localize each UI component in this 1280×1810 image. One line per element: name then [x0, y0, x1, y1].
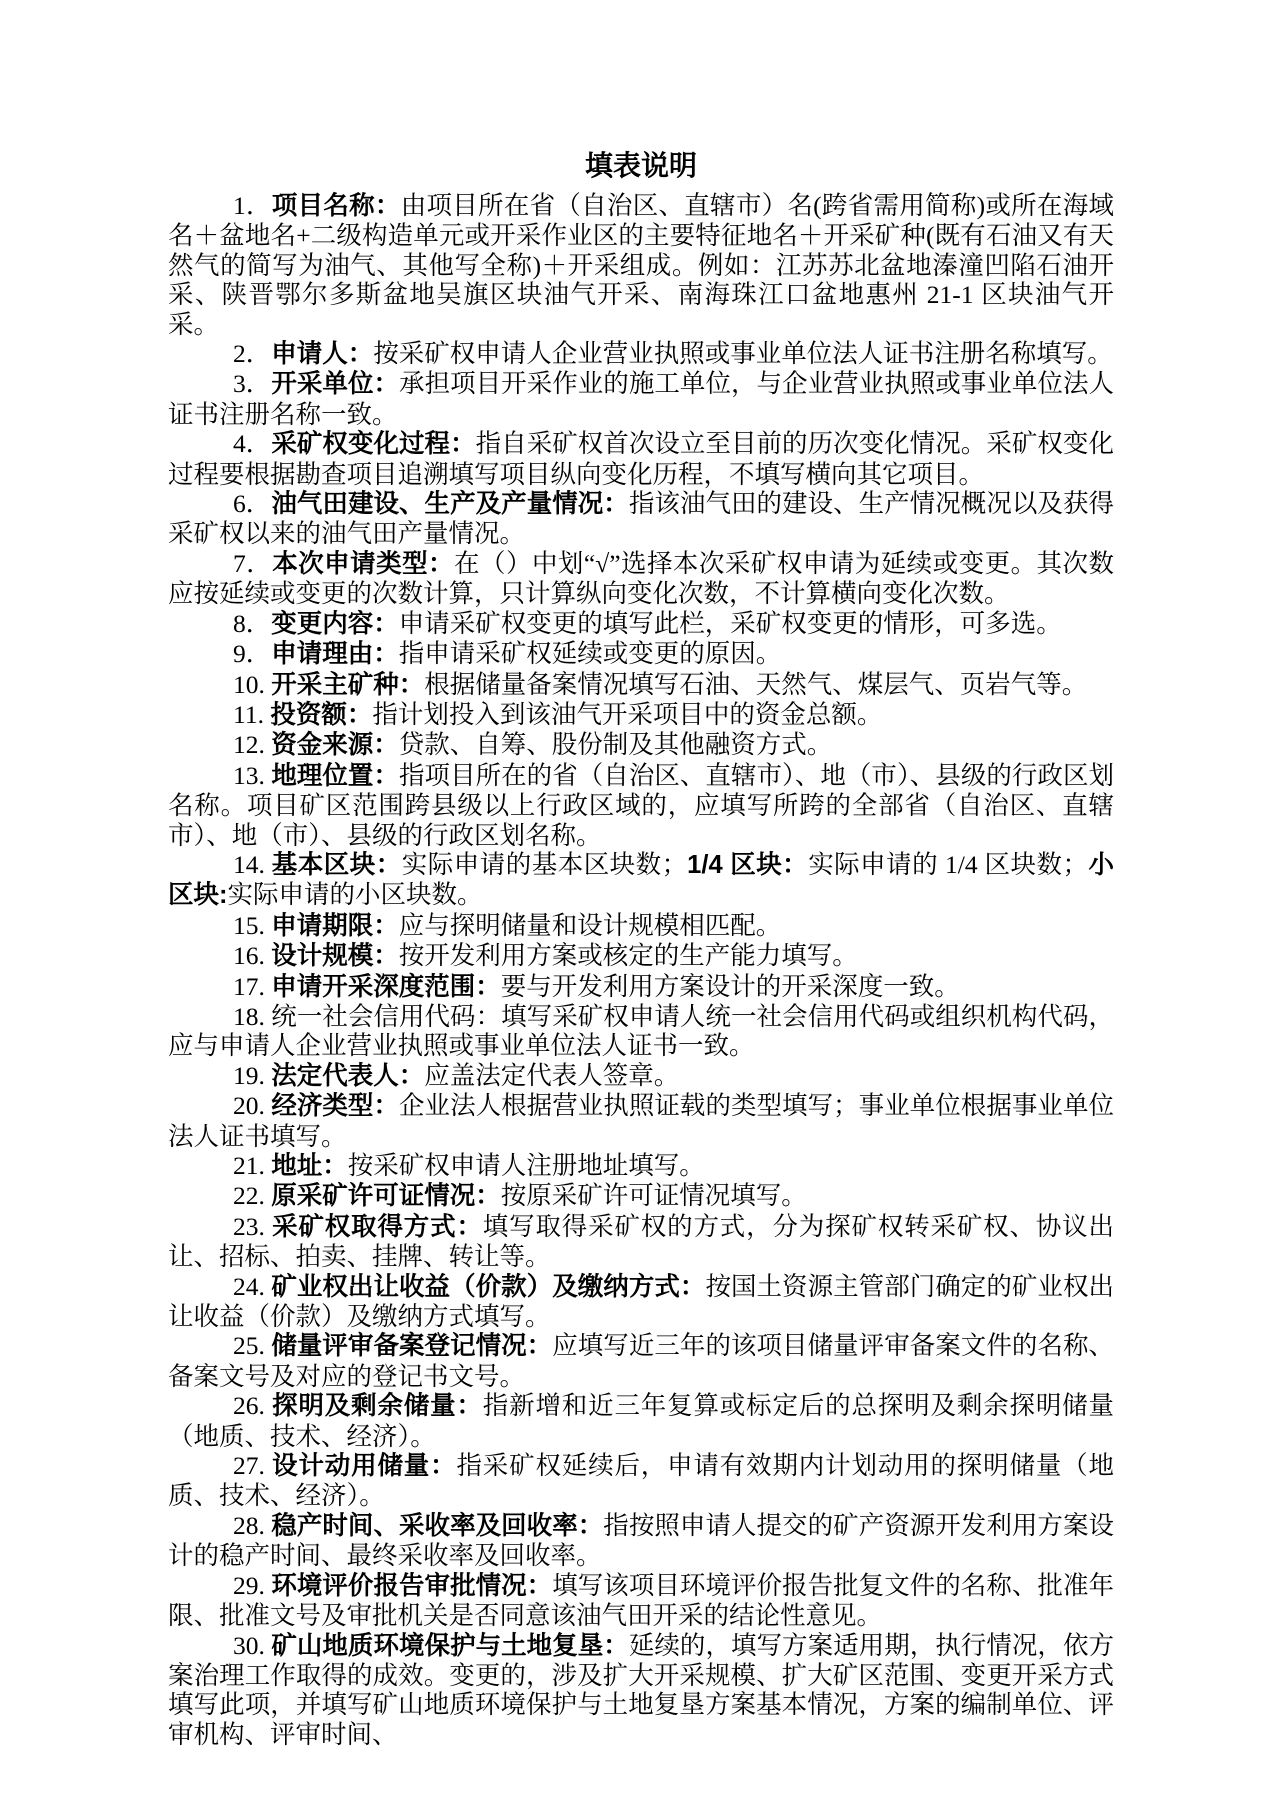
item-text: 按开发利用方案或核定的生产能力填写。 [399, 941, 858, 970]
item-label: 申请开采深度范围： [271, 973, 501, 1001]
item-text: 28. [233, 1511, 271, 1540]
item-label: 矿山地质环境保护与土地复垦： [271, 1632, 629, 1660]
item-text: 17. [233, 972, 271, 1001]
instruction-item-7: 8．变更内容：申请采矿权变更的填写此栏，采矿权变更的情形，可多选。 [168, 609, 1114, 639]
item-text: 18. 统一社会信用代码：填写采矿权申请人统一社会信用代码或组织机构代码，应与申… [168, 1002, 1114, 1060]
item-label: 地理位置： [271, 762, 399, 790]
instruction-item-23: 24. 矿业权出让收益（价款）及缴纳方式：按国土资源主管部门确定的矿业权出让收益… [168, 1272, 1114, 1332]
item-text: 应与探明储量和设计规模相匹配。 [399, 911, 782, 940]
item-text: 2． [233, 339, 271, 368]
instruction-item-4: 4．采矿权变化过程：指自采矿权首次设立至目前的历次变化情况。采矿权变化过程要根据… [168, 429, 1114, 489]
item-text: 1． [233, 191, 272, 220]
instruction-item-15: 16. 设计规模：按开发利用方案或核定的生产能力填写。 [168, 941, 1114, 971]
instruction-item-17: 18. 统一社会信用代码：填写采矿权申请人统一社会信用代码或组织机构代码，应与申… [168, 1002, 1114, 1061]
instruction-item-6: 7．本次申请类型：在（）中划“√”选择本次采矿权申请为延续或变更。其次数应按延续… [168, 549, 1114, 609]
item-label: 本次申请类型： [272, 550, 454, 578]
document-title: 填表说明 [168, 148, 1114, 184]
instruction-item-10: 11. 投资额：指计划投入到该油气开采项目中的资金总额。 [168, 700, 1114, 730]
item-text: 9． [233, 639, 271, 668]
item-label: 项目名称： [272, 192, 401, 220]
item-label: 采矿权取得方式： [272, 1213, 483, 1241]
instruction-item-26: 27. 设计动用储量：指采矿权延续后，申请有效期内计划动用的探明储量（地质、技术… [168, 1451, 1114, 1511]
item-text: 申请采矿权变更的填写此栏，采矿权变更的情形，可多选。 [399, 609, 1062, 638]
item-text: 按采矿权申请人企业营业执照或事业单位法人证书注册名称填写。 [373, 339, 1113, 368]
instruction-item-20: 21. 地址：按采矿权申请人注册地址填写。 [168, 1151, 1114, 1181]
item-text: 29. [233, 1571, 271, 1600]
instruction-item-11: 12. 资金来源：贷款、自筹、股份制及其他融资方式。 [168, 730, 1114, 760]
item-text: 按采矿权申请人注册地址填写。 [348, 1151, 705, 1180]
item-label: 采矿权变化过程： [271, 430, 475, 458]
item-label: 开采单位： [271, 370, 399, 398]
item-text: 30. [233, 1631, 271, 1660]
item-label: 环境评价报告审批情况： [271, 1572, 552, 1600]
item-text: 20. [233, 1091, 271, 1120]
item-text: 10. [233, 670, 271, 699]
instruction-item-9: 10. 开采主矿种：根据储量备案情况填写石油、天然气、煤层气、页岩气等。 [168, 670, 1114, 700]
item-label: 基本区块： [272, 851, 402, 879]
instructions-list: 1．项目名称：由项目所在省（自治区、直辖市）名(跨省需用简称)或所在海域名＋盆地… [168, 191, 1114, 1749]
instruction-item-3: 3．开采单位：承担项目开采作业的施工单位，与企业营业执照或事业单位法人证书注册名… [168, 369, 1114, 429]
instruction-item-1: 1．项目名称：由项目所在省（自治区、直辖市）名(跨省需用简称)或所在海域名＋盆地… [168, 191, 1114, 339]
item-text: 3． [233, 369, 271, 398]
instruction-item-8: 9．申请理由：指申请采矿权延续或变更的原因。 [168, 639, 1114, 669]
item-label: 稳产时间、采收率及回收率： [271, 1512, 603, 1540]
item-label: 开采主矿种： [271, 671, 424, 699]
item-text: 13. [233, 761, 271, 790]
item-label: 设计规模： [271, 942, 399, 970]
item-text: 21. [233, 1151, 271, 1180]
item-text: 24. [233, 1272, 271, 1301]
document-page: 填表说明 1．项目名称：由项目所在省（自治区、直辖市）名(跨省需用简称)或所在海… [0, 0, 1280, 1810]
instruction-item-24: 25. 储量评审备案登记情况：应填写近三年的该项目储量评审备案文件的名称、备案文… [168, 1331, 1114, 1391]
item-label: 储量评审备案登记情况： [271, 1332, 552, 1360]
item-text: 8． [233, 609, 271, 638]
item-text: 7． [233, 549, 272, 578]
item-label: 探明及剩余储量： [272, 1392, 483, 1420]
instruction-item-2: 2．申请人：按采矿权申请人企业营业执照或事业单位法人证书注册名称填写。 [168, 339, 1114, 369]
instruction-item-29: 30. 矿山地质环境保护与土地复垦：延续的，填写方案适用期，执行情况，依方案治理… [168, 1631, 1114, 1750]
instruction-item-5: 6．油气田建设、生产及产量情况：指该油气田的建设、生产情况概况以及获得采矿权以来… [168, 489, 1114, 549]
item-label: 投资额： [270, 701, 372, 729]
instruction-item-14: 15. 申请期限：应与探明储量和设计规模相匹配。 [168, 911, 1114, 941]
item-text: 要与开发利用方案设计的开采深度一致。 [501, 972, 960, 1001]
instruction-item-16: 17. 申请开采深度范围：要与开发利用方案设计的开采深度一致。 [168, 972, 1114, 1002]
item-label: 资金来源： [271, 731, 399, 759]
item-label: 设计动用储量： [272, 1452, 456, 1480]
item-text: 4． [233, 429, 271, 458]
instruction-item-22: 23. 采矿权取得方式：填写取得采矿权的方式，分为探矿权转采矿权、协议出让、招标… [168, 1212, 1114, 1272]
item-label: 油气田建设、生产及产量情况： [271, 490, 629, 518]
item-text: 15. [233, 911, 271, 940]
item-text: 指申请采矿权延续或变更的原因。 [399, 639, 782, 668]
item-label: 申请人： [271, 340, 373, 368]
instruction-item-13: 14. 基本区块：实际申请的基本区块数；1/4 区块：实际申请的 1/4 区块数… [168, 850, 1114, 911]
item-label: 原采矿许可证情况： [271, 1182, 501, 1210]
instruction-item-21: 22. 原采矿许可证情况：按原采矿许可证情况填写。 [168, 1181, 1114, 1211]
item-label: 变更内容： [271, 610, 399, 638]
instruction-item-25: 26. 探明及剩余储量：指新增和近三年复算或标定后的总探明及剩余探明储量（地质、… [168, 1391, 1114, 1451]
item-text: 25. [233, 1331, 271, 1360]
item-text: 贷款、自筹、股份制及其他融资方式。 [399, 730, 833, 759]
item-label: 1/4 区块： [687, 851, 808, 879]
item-label: 申请理由： [271, 640, 399, 668]
item-text: 实际申请的基本区块数； [402, 850, 687, 879]
instruction-item-12: 13. 地理位置：指项目所在的省（自治区、直辖市）、地（市）、县级的行政区划名称… [168, 761, 1114, 850]
item-text: 12. [233, 730, 271, 759]
instruction-item-19: 20. 经济类型：企业法人根据营业执照证载的类型填写；事业单位根据事业单位法人证… [168, 1091, 1114, 1151]
item-text: 应盖法定代表人签章。 [424, 1061, 679, 1090]
item-text: 实际申请的小区块数。 [228, 880, 483, 909]
item-text: 16. [233, 941, 271, 970]
item-text: 实际申请的 1/4 区块数； [808, 850, 1088, 879]
item-text: 6． [233, 489, 271, 518]
item-text: 根据储量备案情况填写石油、天然气、煤层气、页岩气等。 [424, 670, 1087, 699]
item-label: 法定代表人： [271, 1062, 424, 1090]
item-label: 地址： [271, 1152, 348, 1180]
document-content: 填表说明 1．项目名称：由项目所在省（自治区、直辖市）名(跨省需用简称)或所在海… [168, 148, 1114, 1749]
item-text: 19. [233, 1061, 271, 1090]
item-label: 矿业权出让收益（价款）及缴纳方式： [271, 1273, 705, 1301]
item-text: 按原采矿许可证情况填写。 [501, 1181, 807, 1210]
item-text: 23. [233, 1212, 272, 1241]
item-text: 22. [233, 1181, 271, 1210]
item-text: 14. [233, 850, 272, 879]
instruction-item-27: 28. 稳产时间、采收率及回收率：指按照申请人提交的矿产资源开发利用方案设计的稳… [168, 1511, 1114, 1571]
item-label: 申请期限： [271, 912, 399, 940]
item-text: 指计划投入到该油气开采项目中的资金总额。 [372, 700, 882, 729]
item-text: 11. [233, 700, 270, 729]
item-text: 26. [233, 1391, 272, 1420]
instruction-item-18: 19. 法定代表人：应盖法定代表人签章。 [168, 1061, 1114, 1091]
instruction-item-28: 29. 环境评价报告审批情况：填写该项目环境评价报告批复文件的名称、批准年限、批… [168, 1571, 1114, 1631]
item-text: 27. [233, 1451, 272, 1480]
item-label: 经济类型： [271, 1092, 399, 1120]
